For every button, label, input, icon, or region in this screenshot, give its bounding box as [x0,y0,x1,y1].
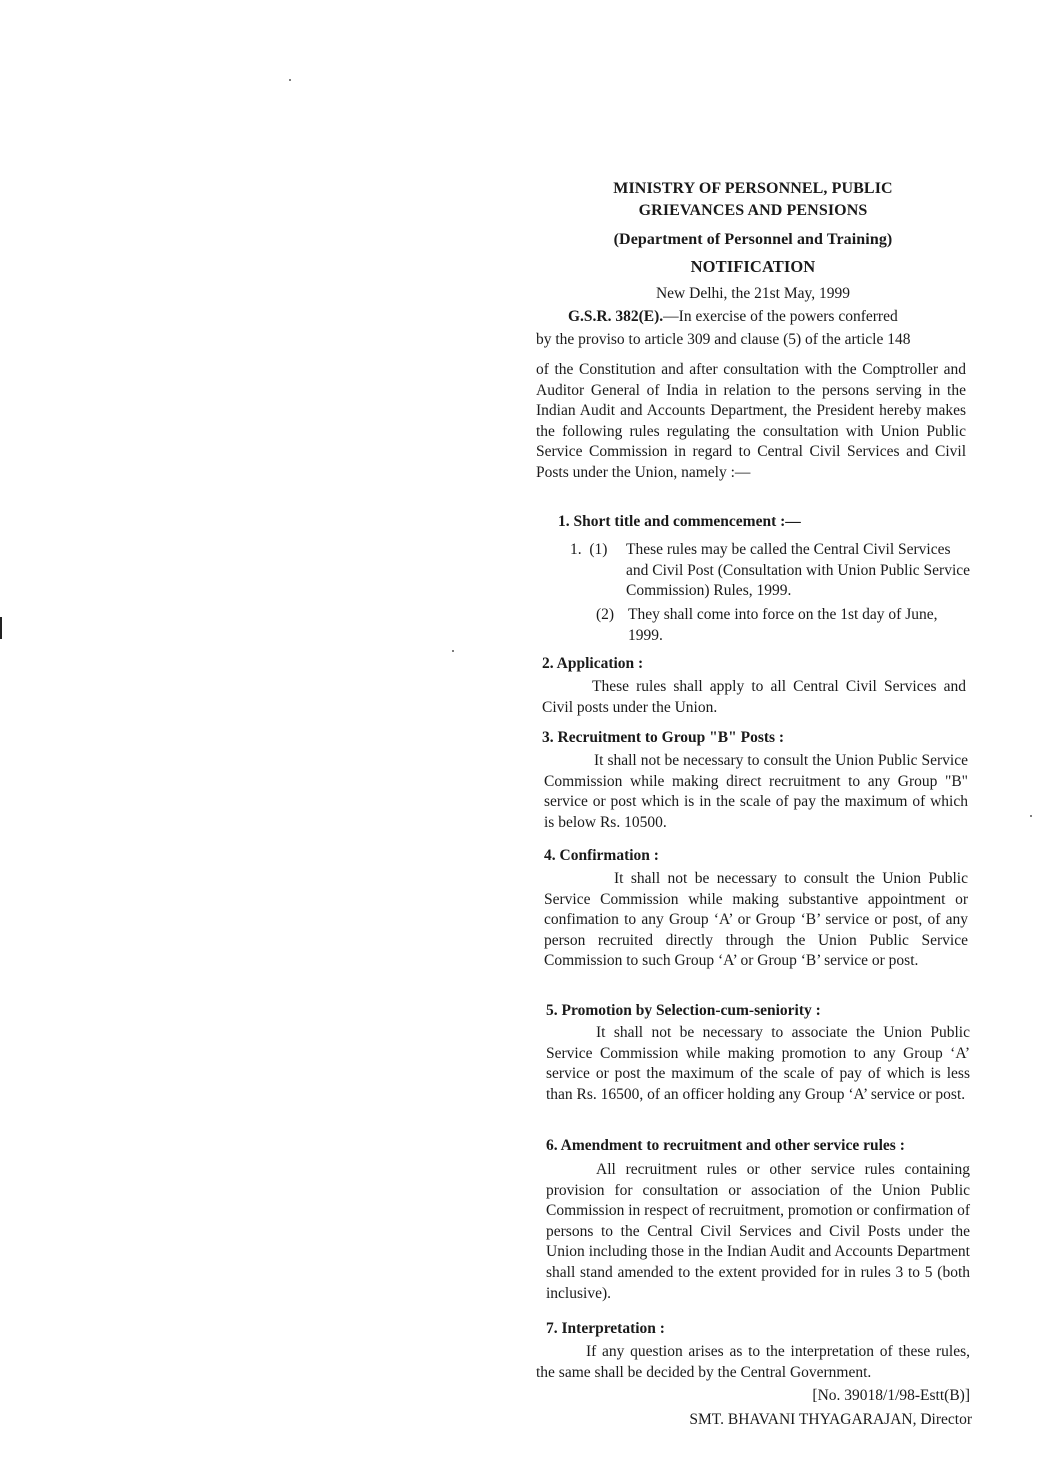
section-6-heading: 6. Amendment to recruitment and other se… [546,1135,905,1157]
clause-1-1-number: 1. (1) [570,540,607,561]
section-5-heading: 5. Promotion by Selection-cum-seniority … [546,1000,821,1022]
section-3-body: It shall not be necessary to consult the… [544,751,968,833]
gsr-reference: G.S.R. 382(E). [568,308,663,325]
preamble-first-line: G.S.R. 382(E).—In exercise of the powers… [536,307,970,328]
section-7-body: If any question arises as to the interpr… [536,1342,970,1383]
file-number: [No. 39018/1/98-Estt(B)] [536,1385,970,1407]
signatory: SMT. BHAVANI THYAGARAJAN, Director [536,1409,972,1431]
department-heading: (Department of Personnel and Training) [536,229,970,251]
scan-speck [1030,815,1032,817]
preamble-second-line: by the proviso to article 309 and clause… [536,330,976,351]
section-4-body: It shall not be necessary to consult the… [544,869,968,972]
section-1-heading: 1. Short title and commencement :— [558,511,801,533]
section-5-body: It shall not be necessary to associate t… [546,1023,970,1105]
preamble-body: of the Constitution and after consultati… [536,360,966,484]
notification-title: NOTIFICATION [536,256,970,278]
section-4-heading: 4. Confirmation : [544,845,659,867]
dateline: New Delhi, the 21st May, 1999 [536,283,970,305]
section-2-heading: 2. Application : [542,653,643,675]
scan-speck [289,79,291,81]
ministry-heading: MINISTRY OF PERSONNEL, PUBLIC GRIEVANCES… [536,178,970,222]
scan-speck [452,650,454,652]
section-2-body: These rules shall apply to all Central C… [542,677,966,718]
preamble-text-1: —In exercise of the powers conferred [663,308,898,325]
clause-1-2-number: (2) [596,605,614,626]
ministry-line-2: GRIEVANCES AND PENSIONS [536,200,970,222]
section-3-heading: 3. Recruitment to Group "B" Posts : [542,727,784,749]
clause-1-1-text: These rules may be called the Central Ci… [626,540,970,602]
section-7-heading: 7. Interpretation : [546,1318,665,1340]
clause-1-2-text: They shall come into force on the 1st da… [628,605,972,646]
scan-margin-mark [0,617,2,639]
section-6-body: All recruitment rules or other service r… [546,1160,970,1304]
ministry-line-1: MINISTRY OF PERSONNEL, PUBLIC [536,178,970,200]
